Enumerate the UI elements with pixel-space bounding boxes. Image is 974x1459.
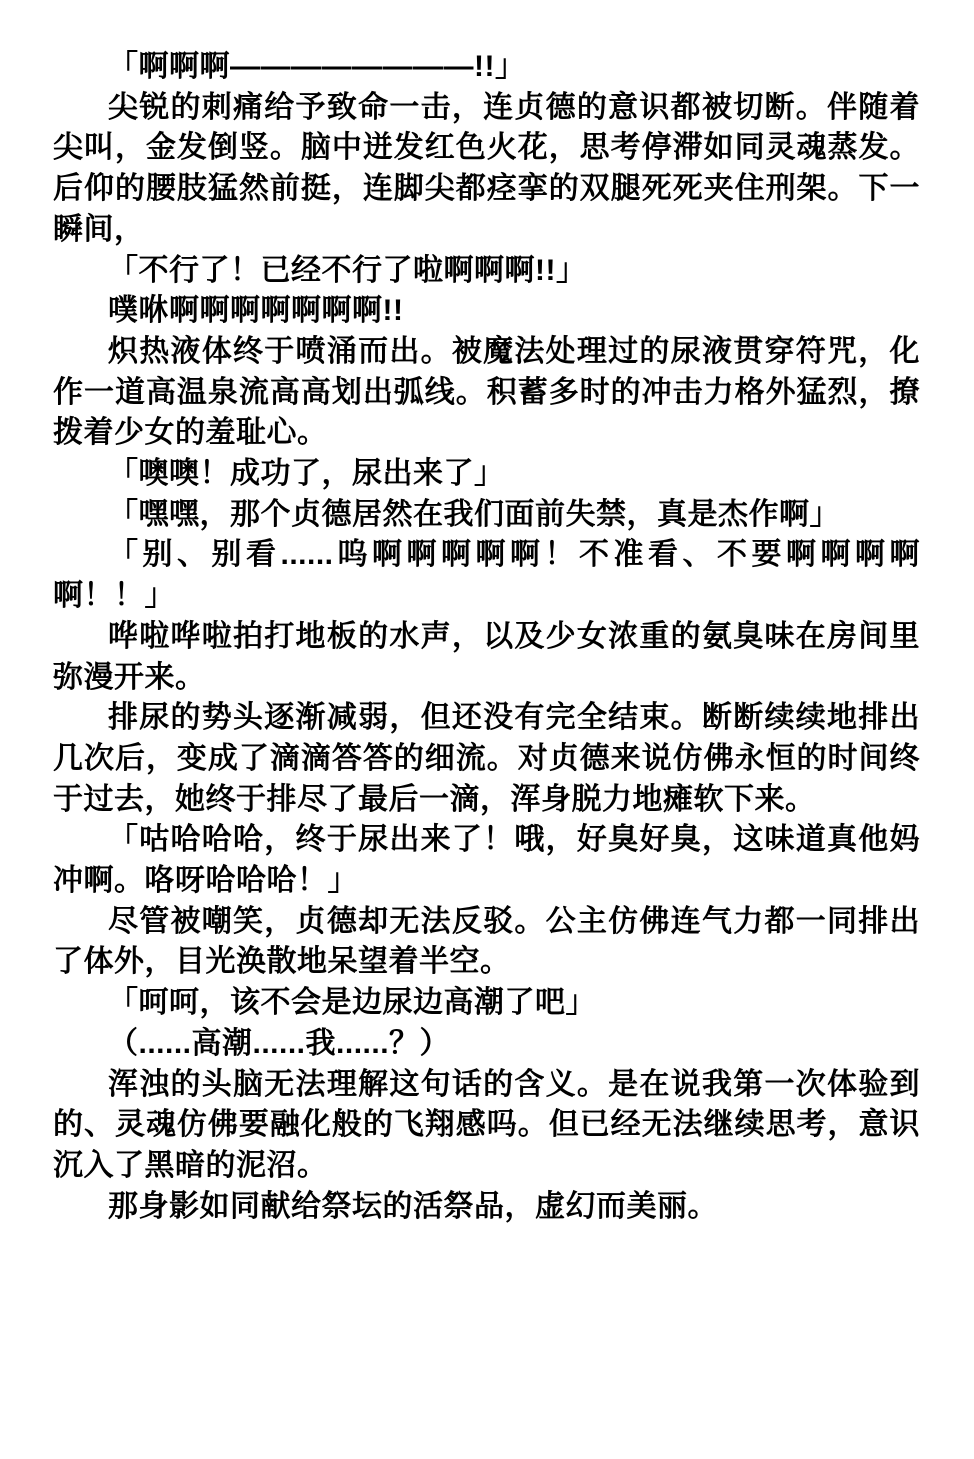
paragraph-narration: 尖锐的刺痛给予致命一击，连贞德的意识都被切断。伴随着尖叫，金发倒竖。脑中迸发红色…: [53, 88, 920, 251]
paragraph-dialogue: 「噢噢！成功了，尿出来了」: [53, 454, 920, 495]
paragraph-narration: 那身影如同献给祭坛的活祭品，虚幻而美丽。: [53, 1187, 920, 1228]
paragraph-narration: 哗啦哗啦拍打地板的水声，以及少女浓重的氨臭味在房间里弥漫开来。: [53, 617, 920, 698]
paragraph-dialogue: 「别、别看......呜啊啊啊啊啊！不准看、不要啊啊啊啊啊！！」: [53, 535, 920, 616]
paragraph-thought: （......高潮......我......？）: [53, 1024, 920, 1065]
paragraph-narration: 尽管被嘲笑，贞德却无法反驳。公主仿佛连气力都一同排出了体外，目光涣散地呆望着半空…: [53, 902, 920, 983]
paragraph-sfx: 噗咻啊啊啊啊啊啊啊!!: [53, 291, 920, 332]
paragraph-narration: 浑浊的头脑无法理解这句话的含义。是在说我第一次体验到的、灵魂仿佛要融化般的飞翔感…: [53, 1065, 920, 1187]
text-body: 「啊啊啊————————!!」尖锐的刺痛给予致命一击，连贞德的意识都被切断。伴随…: [53, 47, 920, 1227]
paragraph-dialogue: 「啊啊啊————————!!」: [53, 47, 920, 88]
paragraph-narration: 炽热液体终于喷涌而出。被魔法处理过的尿液贯穿符咒，化作一道高温泉流高高划出弧线。…: [53, 332, 920, 454]
paragraph-narration: 排尿的势头逐渐减弱，但还没有完全结束。断断续续地排出几次后，变成了滴滴答答的细流…: [53, 698, 920, 820]
paragraph-dialogue: 「不行了！已经不行了啦啊啊啊!!」: [53, 251, 920, 292]
paragraph-dialogue: 「呵呵，该不会是边尿边高潮了吧」: [53, 983, 920, 1024]
paragraph-dialogue: 「嘿嘿，那个贞德居然在我们面前失禁，真是杰作啊」: [53, 495, 920, 536]
paragraph-dialogue: 「咕哈哈哈，终于尿出来了！哦，好臭好臭，这味道真他妈冲啊。咯呀哈哈哈！」: [53, 820, 920, 901]
document-page: 「啊啊啊————————!!」尖锐的刺痛给予致命一击，连贞德的意识都被切断。伴随…: [0, 0, 974, 1459]
